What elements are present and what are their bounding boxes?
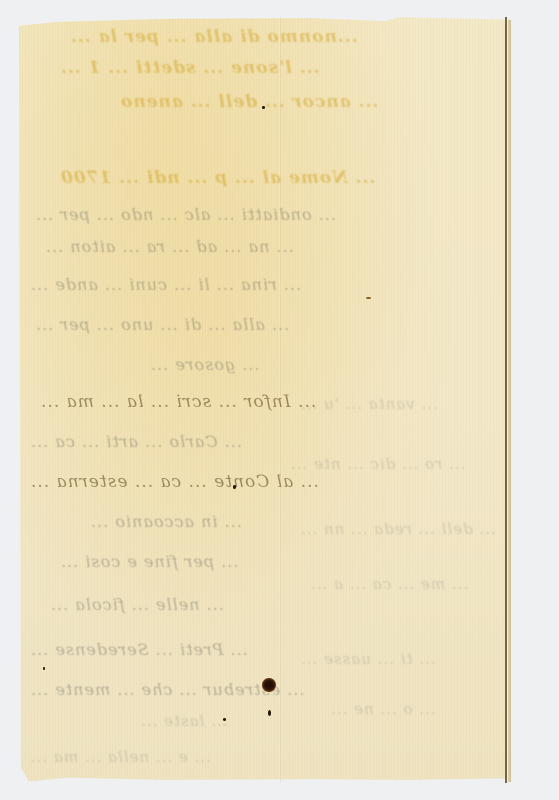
bleed-left-3: ... Carlo ... arti ... ca ...	[30, 432, 242, 451]
ink-speck	[233, 485, 236, 489]
bleed-left-11: ... e ... nella ... ma ...	[30, 748, 211, 766]
bleed-line-mid-4: ... rina ... li ... cuni ... ande ...	[30, 275, 301, 294]
bleed-right-1: ... vanta ... 'u ...	[300, 395, 438, 413]
bleed-line-mid-3: ... na ... ad ... ra ... aiton ...	[45, 237, 294, 256]
bleed-right-2: ... ro ... dic ... nte ...	[290, 455, 465, 473]
bleed-line-mid-2: ... ondiatti ... alc ... ndo ... per ...	[35, 205, 336, 224]
bleed-right-6: ... o ... ne ...	[330, 700, 436, 718]
bleed-left-8: ... Preti ... Seredense ...	[30, 640, 248, 659]
bleed-left-1: ... gosore ...	[150, 355, 260, 374]
bleed-line-top-3: ... ancor ... dell ... aneno	[120, 92, 378, 112]
paper-edge-under	[508, 20, 511, 782]
ink-speck	[268, 710, 271, 716]
bleed-left-2: ... Infor ... scri ... la ... ma ...	[40, 392, 316, 412]
bleed-left-5: ... in accoanio ...	[90, 512, 242, 531]
burn-hole-mark	[262, 678, 276, 692]
bleed-line-top-2: ... l'sone ... sdetti ... 1 ...	[60, 58, 320, 78]
ink-speck	[366, 297, 371, 299]
bleed-left-6: ... per fine e cosi ...	[60, 552, 239, 571]
bleed-line-mid-1: ... Nome al ... p ... ndi ... 1700	[60, 168, 375, 188]
bleed-left-7: ... nelle ... ficola ...	[50, 595, 224, 614]
bleed-left-4: ... al Conte ... ca ... esterna ...	[30, 472, 319, 492]
paper-edge	[505, 17, 507, 783]
ink-speck	[43, 667, 45, 670]
ink-speck	[223, 718, 226, 721]
bleed-left-10: ... laste ...	[140, 712, 228, 730]
bleed-right-5: ... ti ... uasse ...	[300, 650, 436, 668]
bleed-right-4: ... me ... ca ... a ...	[310, 575, 468, 593]
bleed-line-top-1: ...nonmo di alla ... per la ...	[70, 27, 358, 47]
bleed-line-mid-5: ... alla ... di ... uno ... per ...	[35, 315, 289, 334]
ink-speck	[262, 106, 265, 109]
bleed-right-3: ... dell ... reda ... nn ...	[300, 520, 496, 538]
